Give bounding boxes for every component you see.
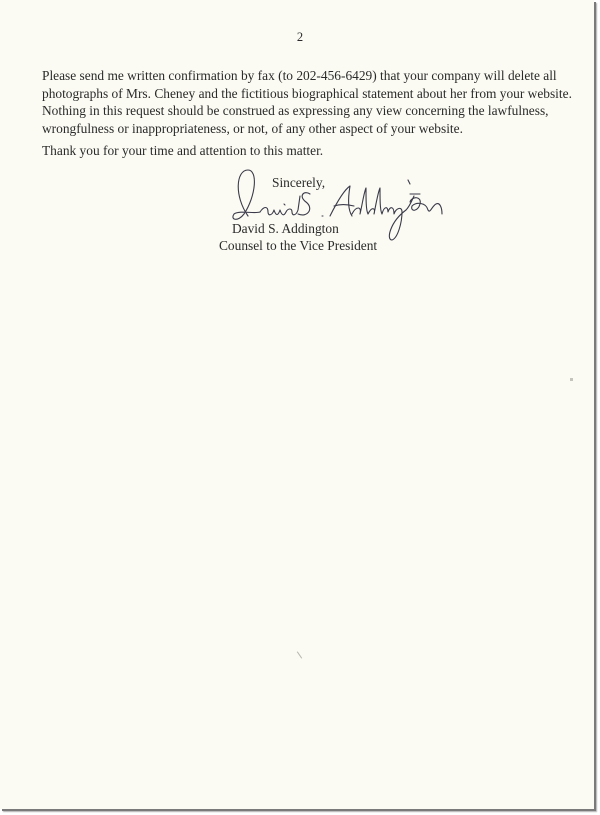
body-paragraph-thanks: Thank you for your time and attention to… bbox=[42, 142, 582, 160]
scan-speck bbox=[297, 651, 302, 658]
document-page: 2 Please send me written confirmation by… bbox=[0, 0, 594, 809]
signatory-title: Counsel to the Vice President bbox=[219, 238, 377, 254]
page-number: 2 bbox=[0, 30, 600, 45]
signatory-name: David S. Addington bbox=[232, 221, 339, 237]
body-paragraph-request: Please send me written confirmation by f… bbox=[42, 67, 582, 137]
scan-speck bbox=[570, 378, 573, 381]
